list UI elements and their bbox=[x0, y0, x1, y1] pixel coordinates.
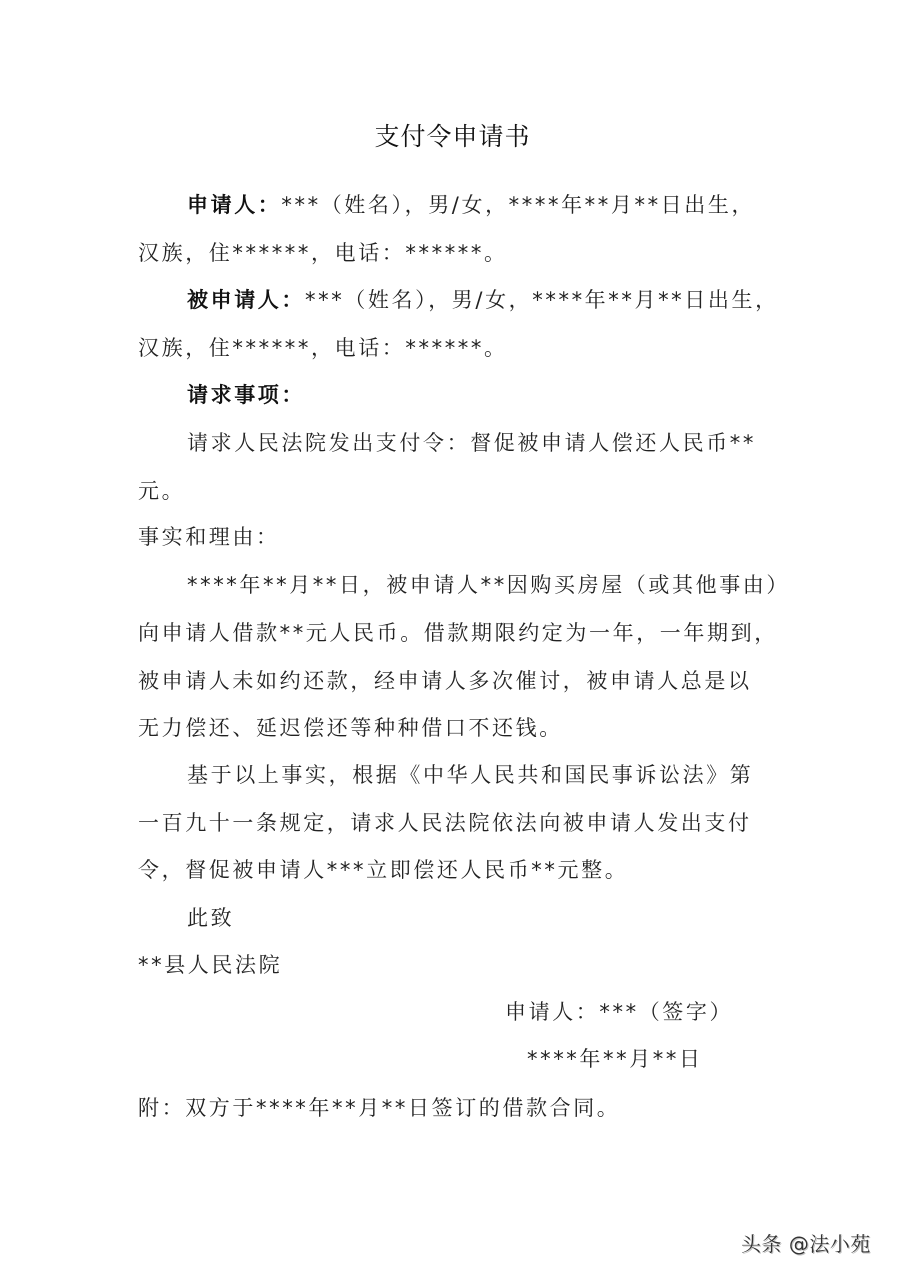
claims-heading: 请求事项： bbox=[187, 380, 305, 410]
respondent-line-1: 被申请人：***（姓名），男/女，****年**月**日出生， bbox=[187, 285, 779, 315]
applicant-line-1: 申请人：***（姓名），男/女，****年**月**日出生， bbox=[187, 190, 755, 220]
claims-line-1: 请求人民法院发出支付令：督促被申请人偿还人民币** bbox=[187, 428, 756, 458]
respondent-line-2: 汉族，住******，电话：******。 bbox=[138, 333, 508, 363]
facts-para2-line: 基于以上事实，根据《中华人民共和国民事诉讼法》第 bbox=[187, 760, 753, 790]
respondent-label: 被申请人： bbox=[187, 288, 305, 312]
signature-date: ****年**月**日 bbox=[527, 1044, 703, 1074]
document-title: 支付令申请书 bbox=[0, 117, 905, 153]
facts-para2-line: 一百九十一条规定，请求人民法院依法向被申请人发出支付 bbox=[138, 808, 752, 838]
facts-para1-line: ****年**月**日，被申请人**因购买房屋（或其他事由） bbox=[187, 570, 790, 600]
applicant-line-2: 汉族，住******，电话：******。 bbox=[138, 238, 508, 268]
watermark: 头条 @法小苑 bbox=[741, 1228, 871, 1257]
facts-para1-line: 无力偿还、延迟偿还等种种借口不还钱。 bbox=[138, 713, 563, 743]
applicant-label: 申请人： bbox=[187, 193, 281, 217]
facts-para1-line: 被申请人未如约还款，经申请人多次催讨，被申请人总是以 bbox=[138, 666, 752, 696]
facts-heading: 事实和理由： bbox=[138, 522, 280, 552]
applicant-details: ***（姓名），男/女，****年**月**日出生， bbox=[281, 193, 755, 217]
attachment-note: 附：双方于****年**月**日签订的借款合同。 bbox=[138, 1093, 620, 1123]
facts-para1-line: 向申请人借款**元人民币。借款期限约定为一年，一年期到， bbox=[138, 618, 778, 648]
signature-line: 申请人：***（签字） bbox=[505, 997, 733, 1027]
court-name: **县人民法院 bbox=[138, 950, 282, 980]
respondent-details: ***（姓名），男/女，****年**月**日出生， bbox=[305, 288, 779, 312]
facts-para2-line: 令，督促被申请人***立即偿还人民币**元整。 bbox=[138, 855, 628, 885]
salutation: 此致 bbox=[187, 903, 234, 933]
claims-line-2: 元。 bbox=[138, 476, 185, 506]
